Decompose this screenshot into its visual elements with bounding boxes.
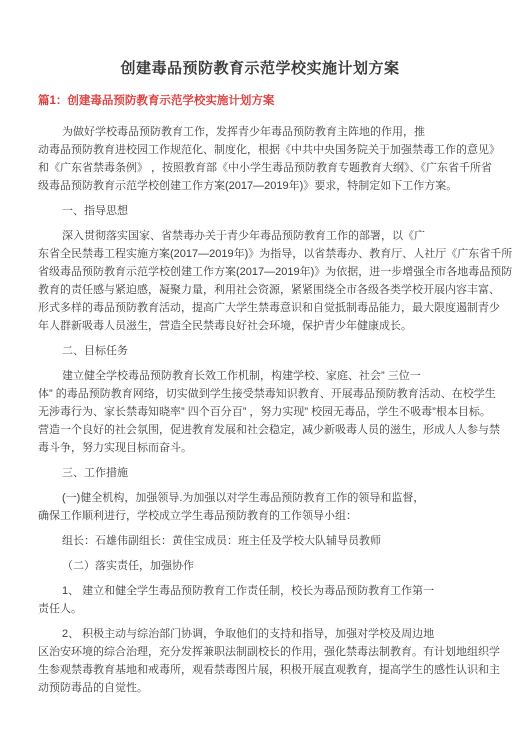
text-line: 东省全民禁毒工程实施方案(2017—2019年)》为指导，以省禁毒办、教育厅、人…: [38, 245, 482, 263]
text-line: 省级毒品预防教育示范学校创建工作方案(2017—2019年)》为依据，进一步增强…: [38, 263, 482, 281]
section-heading-goals: 二、目标任务: [38, 342, 482, 360]
text-line: 教育的责任感与紧迫感，凝聚力量，利用社会资源，紧紧围绕全市各级各类学校开展内容丰…: [38, 281, 482, 299]
organization-paragraph: (一)健全机构，加强领导.为加强以对学生毒品预防教育工作的领导和监督， 确保工作…: [38, 489, 482, 525]
text-line: 体” 的毒品预防教育网络，切实做到学生接受禁毒知识教育、开展毒品预防教育活动、在…: [38, 385, 482, 403]
text-line: 建立健全学校毒品预防教育长效工作机制，构建学校、家庭、社会” 三位一: [38, 367, 482, 385]
text-line: 动预防毒品的自觉性。: [38, 679, 482, 697]
guiding-ideology-paragraph: 深入贯彻落实国家、省禁毒办关于青少年毒品预防教育工作的部署，以《广 东省全民禁毒…: [38, 227, 482, 335]
text-line: 动毒品预防教育进校园工作规范化、制度化，根据《中共中央国务院关于加强禁毒工作的意…: [38, 141, 482, 159]
text-line: 为做好学校毒品预防教育工作，发挥青少年毒品预防教育主阵地的作用，推: [38, 123, 482, 141]
text-line: 和《广东省禁毒条例》 ，按照教育部《中小学生毒品预防教育专题教育大纲》、《广东省…: [38, 159, 482, 177]
text-line: 无涉毒行为、家长禁毒知晓率” 四个百分百” ，努力实现” 校园无毒品，学生不吸毒…: [38, 403, 482, 421]
section-heading-measures: 三、工作措施: [38, 464, 482, 482]
leaders-line: 组长：石雄伟副组长：黄佳宝成员：班主任及学校大队辅导员教师: [38, 532, 482, 550]
document-body: 为做好学校毒品预防教育工作，发挥青少年毒品预防教育主阵地的作用，推 动毒品预防教…: [38, 123, 482, 697]
coordination-paragraph: 2、 积极主动与综治部门协调，争取他们的支持和指导，加强对学校及周边地 区治安环…: [38, 625, 482, 697]
goals-paragraph: 建立健全学校毒品预防教育长效工作机制，构建学校、家庭、社会” 三位一 体” 的毒…: [38, 367, 482, 457]
text-line: 生参观禁毒教育基地和戒毒所，观看禁毒图片展，积极开展直观教育，提高学生的感性认识…: [38, 661, 482, 679]
section-heading-guiding-ideology: 一、指导思想: [38, 202, 482, 220]
part1-heading: 篇1：创建毒品预防教育示范学校实施计划方案: [38, 93, 482, 109]
document-page: 创建毒品预防教育示范学校实施计划方案 篇1：创建毒品预防教育示范学校实施计划方案…: [0, 0, 520, 736]
text-line: 深入贯彻落实国家、省禁毒办关于青少年毒品预防教育工作的部署，以《广: [38, 227, 482, 245]
text-line: 1、 建立和健全学生毒品预防教育工作责任制，校长为毒品预防教育工作第一: [38, 582, 482, 600]
text-line: 级毒品预防教育示范学校创建工作方案(2017—2019年)》要求，特制定如下工作…: [38, 177, 482, 195]
text-line: (一)健全机构，加强领导.为加强以对学生毒品预防教育工作的领导和监督，: [38, 489, 482, 507]
text-line: 2、 积极主动与综治部门协调，争取他们的支持和指导，加强对学校及周边地: [38, 625, 482, 643]
text-line: 确保工作顺利进行，学校成立学生毒品预防教育的工作领导小组：: [38, 507, 482, 525]
responsibility-paragraph: 1、 建立和健全学生毒品预防教育工作责任制，校长为毒品预防教育工作第一 责任人。: [38, 582, 482, 618]
text-line: 区治安环境的综合治理，充分发挥兼职法制副校长的作用，强化禁毒法制教育。有计划地组…: [38, 643, 482, 661]
text-line: 毒斗争，努力实现目标而奋斗。: [38, 439, 482, 457]
document-title: 创建毒品预防教育示范学校实施计划方案: [38, 58, 482, 80]
text-line: 形式多样的毒品预防教育活动，提高广大学生禁毒意识和自觉抵制毒品能力，最大限度遏制…: [38, 299, 482, 317]
text-line: 年人群新吸毒人员滋生，营造全民禁毒良好社会环境，保护青少年健康成长。: [38, 317, 482, 335]
text-line: 营造一个良好的社会氛围，促进教育发展和社会稳定，减少新吸毒人员的滋生，形成人人参…: [38, 421, 482, 439]
text-line: 责任人。: [38, 600, 482, 618]
subsection-heading-cooperation: （二）落实责任，加强协作: [38, 557, 482, 575]
intro-paragraph: 为做好学校毒品预防教育工作，发挥青少年毒品预防教育主阵地的作用，推 动毒品预防教…: [38, 123, 482, 195]
